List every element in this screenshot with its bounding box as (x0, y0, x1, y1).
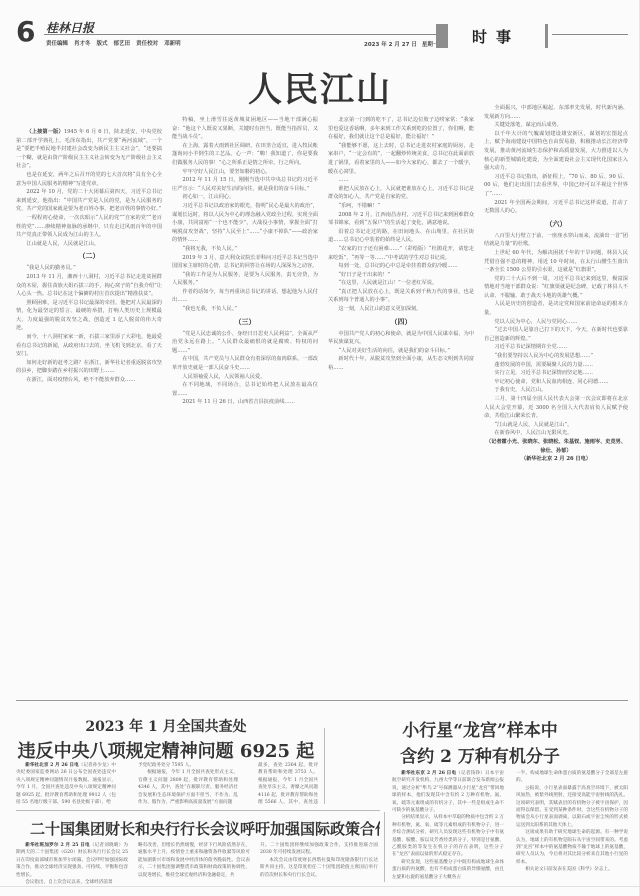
paragraph: 作者的话如今，每当再重读总书记的讲话，想起他为人民付出…… (172, 288, 318, 305)
paragraph: 初心如一，江山同心。 (172, 193, 318, 202)
inspection-headline-line1: 2023 年 1 月全国共查处 (16, 716, 316, 736)
paragraph: “江山就是人民，人民就是江山”。 (484, 421, 628, 430)
paragraph: “我的工作是为人民服务，是要为人民服务，责无旁贷，为人民服务。” (172, 271, 318, 288)
section-divider (16, 810, 380, 811)
reporter: （记者孙少龙） (79, 763, 112, 768)
paragraph: “农家的日子还有困难……”（彩绘版）“杜鹃花开，请您走来吃饭”，“再等一等……”… (328, 245, 474, 262)
paragraph: 公报说，小行星表面暴露于高真空环境下，被太阳风加热，被紫外线照射，还接受高能宇宙… (516, 785, 628, 829)
paragraph: 照顾困难，是习近平总书记最深的牵挂。他把对人民最深的情，化为最坚定的誓言、最硬的… (16, 299, 162, 333)
column-divider (384, 812, 385, 882)
paragraph: 新华社班加罗尔 2 月 25 日电（记者刘晓晴）为期两天的二十国集团（G20）财… (16, 842, 128, 879)
paragraph: 2008 年 2 月，江西南昌赤村，习近平总书记来到困难群众邹书锦家，看到“五保… (328, 211, 474, 228)
paragraph: 中国共产党人的初心和使命，就是为中国人民谋幸福，为中华民族谋复兴。 (328, 330, 474, 347)
paragraph: 在新春风中，人民江山无限风光。 (484, 429, 628, 438)
reporter: （记者钱铮） (456, 771, 485, 776)
paragraph: 牢记初心使命，党和人民血肉相连、同心同德…… (484, 378, 628, 387)
main-article-column-3: 北京第一门到的吃不了，总书记边位肢子边唠家常：“我家里也爱这香菇啊，多年来到工作… (328, 116, 474, 688)
page-number: 6 (16, 18, 35, 46)
paragraph: 2021 年全国两会期间，习近平总书记这样说道，打动了无数国人的心。 (484, 199, 628, 216)
section-subhead: （四） (328, 316, 474, 328)
paragraph: “我也无我，不负人民。” (172, 305, 318, 314)
dateline: 新华社班加罗尔 2 月 25 日电 (25, 843, 90, 848)
paragraph: 这项成果有助于研究地球生命的起源。有一种学说认为，地球上的有机物是陨石从宇宙空间… (516, 829, 628, 866)
paragraph: “我将无我，不负人民。” (172, 245, 318, 254)
continued-from-tag: （上接第一版） (26, 129, 63, 135)
paragraph: …… (328, 176, 474, 185)
paragraph: 谁把人民放在心上，人民就把谁放在心上。习近平总书记是群众的知心人，共产党是自家的… (328, 185, 474, 202)
paragraph: 北京第一门到的吃不了，总书记边位肢子边唠家常：“我家里也爱这香菇啊，多年来到工作… (328, 116, 474, 142)
paragraph: 也是在延安，两年之后召开的党的七大首次将“具有全心全意为中国人民服务的精神”写进… (16, 171, 162, 188)
paragraph: 一程程初心使命，一次次昭示“人民的党”“自家的党”“老百姓的党”……赓续精神血脉… (16, 214, 162, 240)
staff-role: 责任编辑 (46, 39, 68, 47)
page-bottom-border (0, 886, 640, 887)
paragraph: 相关论文日前发表在美国《科学》杂志上。 (516, 866, 628, 873)
paragraph: 习近平总书记指出，新征程上，“70 后、80 后、90 后、00 后，他们走出国… (484, 173, 628, 199)
reporter: （记者刘晓晴） (90, 843, 124, 848)
staff-name: 邓新明 (164, 39, 181, 47)
paragraph: 略有改善，但增长仍然缓慢，经济下行风险依然存在，通胀水平上升，疫情卷土重来和融资… (138, 842, 250, 879)
paragraph: 在浙江，面对疫情台风，绝不不能放弃群众…… (16, 376, 162, 385)
inspection-column-2: 予党纪政务处分 7595 人。 根据通报，今年 1 月全国共查处形式主义、官僚主… (138, 762, 238, 804)
paragraph: 2012 年 11 月 15 日，刚刚当选中共中央总书记的习近平庄严宣示：“人民… (172, 176, 318, 193)
paragraph: 实行立见，习近平总书记深情而坚定地…… (484, 369, 628, 378)
paragraph: 在不同地域，不同场合，总书记始终把人民放在最高位置…… (172, 381, 318, 398)
paragraph: 以千年大计的气魄谋划建设雄安新区，谋划的宏图起点上，赋予海南建设中国特色自由贸易… (484, 130, 628, 173)
paragraph: 在上海，露着大雨到社区调研，在田垄合适宜，进入牧民帐篷询问小羊倒生的工艺品。心一… (172, 142, 318, 168)
issue-date: 2023 年 2 月 27 日 星期一 (364, 40, 438, 48)
paragraph: 牢牢守好人民江山，要坚如磐的初心。 (172, 168, 318, 177)
g20-column-1: 新华社班加罗尔 2 月 25 日电（记者刘晓晴）为期两天的二十国集团（G20）财… (16, 842, 128, 886)
paragraph: “人民对美好生活的向往，就是我们的奋斗目标。” (328, 347, 474, 356)
paragraph: 2022 年 10 月，党的二十大闭幕后第四天，习近平总书记来到延安，他指出：“… (16, 188, 162, 214)
paragraph: 分析结果显示，从样本中萃取的物质中包含约 2 万种有机物，氮、氧、硫等元素组成的… (392, 814, 504, 858)
masthead-rule-right (552, 34, 628, 35)
paragraph: 予党纪政务处分 7595 人。 (138, 762, 238, 769)
paragraph: 蓬勃发展的中国，需要凝聚人民的力量…… (484, 361, 628, 370)
g20-column-2: 略有改善，但增长仍然缓慢，经济下行风险依然存在，通胀水平上升，疫情卷土重来和融资… (138, 842, 250, 886)
paragraph: 习近平总书记深情期许全党…… (484, 343, 628, 352)
paragraph: “我是人民的勤务员。” (16, 264, 162, 273)
paragraph: 新华社北京 2 月 26 日电（记者孙少龙）中央纪委国家监委网站 26 日公布全… (16, 762, 116, 804)
masthead: 6 桂林日报 责任编辑 肖才冬 版式 郁艺田 责任校对 邓新明 2023 年 2… (0, 0, 640, 50)
paragraph: 关键处落笔，谋定而后成势。 (484, 121, 628, 130)
paragraph: 这一刻，人民江山的意义更加深刻。 (328, 305, 474, 314)
paragraph: 2013 年 11 月，湘西十八洞村，习近平总书记走进贫困群众的木屋，握住苗族大… (16, 273, 162, 299)
paragraph: 2019 年 3 月，意大利众议院长菲科问习近平总书记当选中国国家主席时的心情，… (172, 254, 318, 271)
asteroid-headline-line2: 含约 2 万种有机分子 (330, 742, 630, 767)
paragraph: （上接第一版）1945 年 6 月 6 日，陕北延安，中央党校第二部开学典礼上，… (16, 128, 162, 171)
asteroid-column-1: 新华社东京 2 月 26 日电（记者钱铮）日本宇宙航空研究开发机构、九州大学等日… (392, 770, 504, 880)
paragraph: “我能够不愿，这上去时，总书记走进农村家庭的厨房，走家串户，“一定会有的”，一起… (328, 142, 474, 176)
paragraph: 八百里大行壁立于前，一座座水穿山而来，流淌出一首“团结就是力量”的壮歌。 (484, 232, 628, 249)
asteroid-column-2: 一半。构成地球生命体蛋白质的氨基酸分子全部是左旋的。 公报说，小行星表面暴露于高… (516, 770, 628, 880)
section-divider (16, 700, 628, 701)
paragraph: 会议指出，自上次会议以来，全球经济前景 (16, 879, 128, 886)
staff-role: 责任校对 (136, 39, 158, 47)
paragraph: “真正把人民放在心上，既是关系到千秋万代的事业，也是关系到每个普通人的小事”。 (328, 288, 474, 305)
paragraph: “在这里，人民就是江山！”一位老红军说。 (328, 279, 474, 288)
paragraph: “过去中国人是靠自己打下的天下，今天，在新时代也要靠自己创造新的辉煌。” (484, 326, 628, 343)
dateline: 新华社东京 2 月 26 日电 (401, 771, 456, 776)
paragraph: 升。二十国集团将继续加强政策合作，支持推进联合国 2030 年可持续发展议程。 (260, 842, 378, 857)
main-article-column-1: （上接第一版）1945 年 6 月 6 日，陕北延安，中央党校第二部开学典礼上，… (16, 128, 162, 688)
g20-column-3: 升。二十国集团将继续加强政策合作，支持推进联合国 2030 年可持续发展议程。 … (260, 842, 378, 886)
paragraph: “好日子是干出来的！” (328, 271, 474, 280)
dateline: 新华社北京 2 月 26 日电 (25, 763, 79, 768)
paragraph: 新时代十年，从脱贫攻坚到全面小康，从生态文明到共同富裕…… (328, 355, 474, 372)
column-divider (324, 728, 325, 804)
paragraph: “我们要坚持以人民为中心的发展思想……” (484, 352, 628, 361)
paragraph: 每到一处，总书记的心中总是牵挂着群众的冷暖…… (328, 262, 474, 271)
paragraph: 沿着总书记走过的路，在田间地头、在山坳里，在社区街道……总书记心中装着的始终是人… (328, 228, 474, 245)
paragraph: 最多，查处 2364 起，批评教育帮助和处理 3753 人。根据通报，今年 1 … (258, 762, 318, 804)
paragraph: 江山就是人民，人民就是江山。 (16, 240, 162, 249)
inspection-column-1: 新华社北京 2 月 26 日电（记者孙少龙）中央纪委国家监委网站 26 日公布全… (16, 762, 116, 804)
paragraph: 根据通报，今年 1 月全国共查处形式主义、官僚主义问题 2809 起，批评教育帮… (138, 769, 238, 804)
paragraph: 全面振兴，中部地区崛起、东部率先发展，时代新内涵、发展新方向…… (484, 104, 628, 121)
paragraph: 2021 年 11 月 26 日，山西省吉县抗疫前线…… (172, 398, 318, 407)
paragraph: 人民领袖爱人民，人民领袖人民爱。 (172, 373, 318, 382)
paragraph: 三月，第十四届全国人民代表大会第一次会议即将在北京人民大会堂开幕，近 3000 … (484, 395, 628, 421)
inspection-headline-line2: 违反中央八项规定精神问题 6925 起 (16, 737, 316, 763)
paragraph: 本次会议由印度财长西塔拉曼和印度储备银行行长达斯共同主持，这是印度担任二十国集团… (260, 857, 378, 879)
section-marker-block (436, 24, 448, 48)
masthead-rule (44, 34, 444, 35)
paragraph: 一半。构成地球生命体蛋白质的氨基酸分子全部是左旋的。 (516, 770, 628, 785)
staff-role: 版式 (97, 39, 108, 47)
paragraph: 党以人民为中心，人民与党同心…… (484, 318, 628, 327)
date-text: 2023 年 2 月 27 日 (364, 40, 417, 48)
paragraph: 研究发现，这些氨基酸分子中既有构成地球生命体蛋白质的丙氨酸，也有不构成蛋白质的异… (392, 859, 504, 880)
asteroid-headline-line1: 小行星“龙宫”样本中 (330, 716, 630, 741)
newspaper-page: 6 桂林日报 责任编辑 肖才冬 版式 郁艺田 责任校对 邓新明 2023 年 2… (0, 0, 640, 896)
staff-name: 郁艺田 (114, 39, 131, 47)
paragraph: 在中国，共产党员与人民群众有着深厚的血肉联系。一部改革开放史就是一部人民奋斗史…… (172, 355, 318, 372)
author-credits: （记者霍小光、张晓东、张晓松、朱基钗、施雨岑、史竞男、徐壮、孙郁） (484, 438, 628, 455)
paragraph: 党的二十大后不到一周，习近平总书记来到这里，极富深情地对当地干部群众说：“红旗渠… (484, 275, 628, 301)
section-subhead: （六） (484, 218, 628, 230)
staff-name: 肖才冬 (74, 39, 91, 47)
paragraph: 而今，十八洞村家家一新，石拔三家里添了大彩电，他最爱看有总书记的新闻，从政府出口… (16, 333, 162, 359)
agency-credit: （新华社北京 2 月 26 日电） (484, 455, 628, 464)
paragraph: “党是人民忠诚的公仆，身经日日思吏人民利益”，全面从严治党永远在路上。“人民群众… (172, 330, 318, 356)
paragraph: “乐呵，不错嘛！” (328, 202, 474, 211)
paragraph: 新华社东京 2 月 26 日电（记者钱铮）日本宇宙航空研究开发机构、九州大学等日… (392, 770, 504, 814)
inspection-column-3: 最多，查处 2364 起，批评教育帮助和处理 3753 人。根据通报，今年 1 … (258, 762, 318, 804)
section-subhead: （二） (16, 250, 162, 262)
main-article-column-4: 全面振兴，中部地区崛起、东部率先发展，时代新内涵、发展新方向…… 关键处落笔，谋… (484, 104, 628, 688)
paragraph: 如何走好新的赶考之路？在浙江，新华社记者重返脱贫攻坚的县乡，把脚步踏在乡村振兴的… (16, 359, 162, 376)
section-title: 时事 (472, 26, 520, 47)
paragraph: 上世纪 60 年代，为解决困扰千年的干旱问题，林县人民凭借自强不息的精神，用近 … (484, 249, 628, 275)
paragraph: 特稿，坐上滑雪往返黄城贫困地区——当地干部满心振奋：“他这个人既说又果断，关键时… (172, 116, 318, 142)
paragraph: 于我有史，人民江山。 (484, 386, 628, 395)
section-marker-bar (545, 24, 548, 48)
staff-credits: 责任编辑 肖才冬 版式 郁艺田 责任校对 邓新明 (46, 39, 181, 47)
paragraph: 人民是历史的创造者，是决定党和国家前途命运的根本力量。 (484, 300, 628, 317)
section-subhead: （三） (172, 316, 318, 328)
main-article-column-2: 特稿，坐上滑雪往返黄城贫困地区——当地干部满心振奋：“他这个人既说又果断，关键时… (172, 116, 318, 688)
paragraph: 习近平总书记以政治家的眼光，指明“民心是最大的政治”，谋划长远时，将以人民为中心… (172, 202, 318, 245)
g20-headline: 二十国集团财长和央行行长会议呼吁加强国际政策合作 (30, 818, 380, 839)
